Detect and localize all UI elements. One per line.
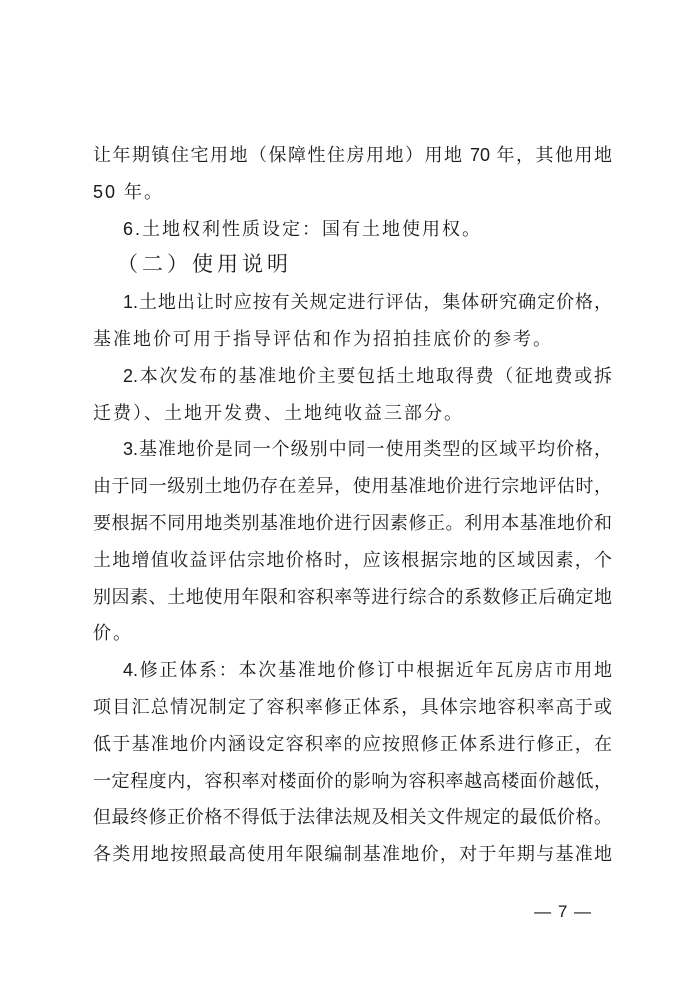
section-heading: （二）使用说明	[93, 247, 612, 284]
text-line: 项目汇总情况制定了容积率修正体系，具体宗地容积率高于或	[93, 689, 612, 726]
text-line: 3.基准地价是同一个级别中同一使用类型的区域平均价格，	[93, 431, 612, 468]
text-line: 迁费）、土地开发费、土地纯收益三部分。	[93, 395, 612, 432]
text-line: 4.修正体系：本次基准地价修订中根据近年瓦房店市用地	[93, 652, 612, 689]
text-line: 50 年。	[93, 174, 612, 211]
text-line: 各类用地按照最高使用年限编制基准地价，对于年期与基准地	[93, 836, 612, 873]
text-line: 土地增值收益评估宗地价格时，应该根据宗地的区域因素，个	[93, 542, 612, 579]
text-line: 2.本次发布的基准地价主要包括土地取得费（征地费或拆	[93, 358, 612, 395]
text-line: 1.土地出让时应按有关规定进行评估，集体研究确定价格，	[93, 284, 612, 321]
text-line: 让年期镇住宅用地（保障性住房用地）用地 70 年，其他用地	[93, 137, 612, 174]
text-line: 6.土地权利性质设定：国有土地使用权。	[93, 211, 612, 248]
page-number: — 7 —	[93, 902, 612, 922]
text-line: 基准地价可用于指导评估和作为招拍挂底价的参考。	[93, 321, 612, 358]
text-line: 由于同一级别土地仍存在差异，使用基准地价进行宗地评估时，	[93, 468, 612, 505]
text-line: 要根据不同用地类别基准地价进行因素修正。利用本基准地价和	[93, 505, 612, 542]
body-text-block: 让年期镇住宅用地（保障性住房用地）用地 70 年，其他用地 50 年。 6.土地…	[93, 137, 612, 873]
text-line: 但最终修正价格不得低于法律法规及相关文件规定的最低价格。	[93, 799, 612, 836]
text-line: 一定程度内，容积率对楼面价的影响为容积率越高楼面价越低，	[93, 763, 612, 800]
text-line: 低于基准地价内涵设定容积率的应按照修正体系进行修正，在	[93, 726, 612, 763]
text-line: 价。	[93, 615, 612, 652]
text-line: 别因素、土地使用年限和容积率等进行综合的系数修正后确定地	[93, 579, 612, 616]
document-page: 让年期镇住宅用地（保障性住房用地）用地 70 年，其他用地 50 年。 6.土地…	[0, 0, 700, 990]
